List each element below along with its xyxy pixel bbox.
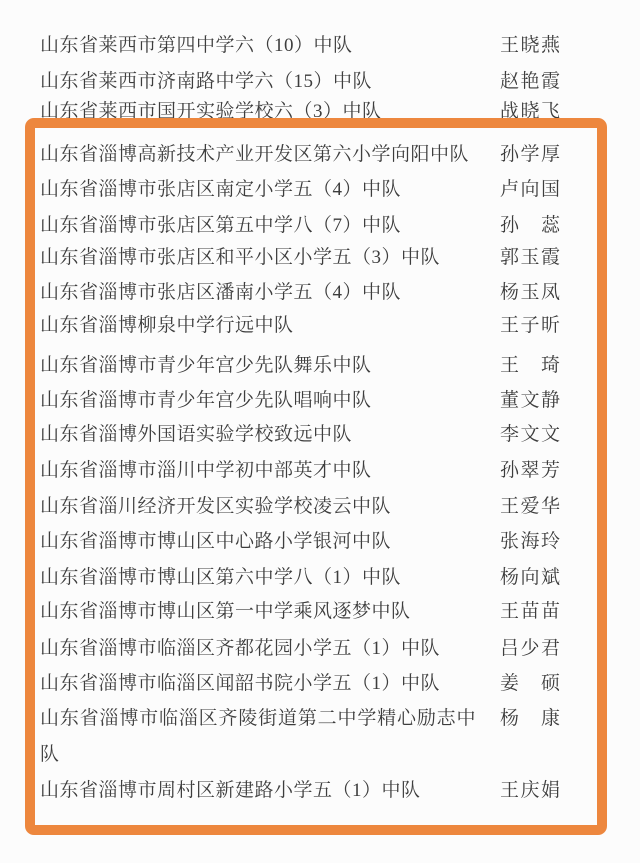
teacher-name: 吕少君: [500, 631, 620, 667]
unit-name: 山东省淄博市张店区南定小学五（4）中队: [40, 172, 476, 208]
unit-name: 山东省淄博市淄川中学初中部英才中队: [40, 453, 476, 489]
unit-name: 山东省莱西市第四中学六（10）中队: [40, 28, 476, 64]
list-row: 山东省淄博市张店区南定小学五（4）中队 卢向国: [0, 172, 640, 208]
unit-name: 山东省淄博市青少年宫少先队唱响中队: [40, 383, 476, 419]
unit-name: 山东省淄博市博山区第六中学八（1）中队: [40, 560, 476, 596]
unit-name: 山东省淄博市张店区潘南小学五（4）中队: [40, 275, 476, 311]
document-page: 山东省莱西市第四中学六（10）中队 王晓燕 山东省莱西市济南路中学六（15）中队…: [0, 0, 640, 863]
teacher-name: 李文文: [500, 417, 620, 453]
unit-name: 山东省淄博市张店区第五中学八（7）中队: [40, 208, 476, 244]
teacher-name: 孙学厚: [500, 137, 620, 173]
list-row: 山东省淄博高新技术产业开发区第六小学向阳中队 孙学厚: [0, 137, 640, 173]
list-row: 山东省莱西市国开实验学校六（3）中队 战晓飞: [0, 94, 640, 130]
list-row: 山东省淄博市博山区中心路小学银河中队 张海玲: [0, 524, 640, 560]
unit-name: 山东省淄博市青少年宫少先队舞乐中队: [40, 348, 476, 384]
list-row: 山东省淄博市临淄区齐陵街道第二中学精心励志中队 杨 康: [0, 701, 640, 737]
list-row: 山东省淄博市青少年宫少先队舞乐中队 王 琦: [0, 348, 640, 384]
unit-name: 山东省淄川经济开发区实验学校凌云中队: [40, 489, 476, 525]
list-row: 山东省淄博市周村区新建路小学五（1）中队 王庆娟: [0, 773, 640, 809]
list-row: 山东省淄博柳泉中学行远中队 王子昕: [0, 308, 640, 344]
teacher-name: 张海玲: [500, 524, 620, 560]
list-row: 山东省淄博市青少年宫少先队唱响中队 董文静: [0, 383, 640, 419]
unit-name: 山东省淄博市博山区第一中学乘风逐梦中队: [40, 594, 476, 630]
unit-name: 山东省淄博市临淄区齐都花园小学五（1）中队: [40, 631, 476, 667]
teacher-name: 王庆娟: [500, 773, 620, 809]
list-row: 山东省淄博市张店区潘南小学五（4）中队 杨玉凤: [0, 275, 640, 311]
teacher-name: 杨玉凤: [500, 275, 620, 311]
teacher-name: 杨向斌: [500, 560, 620, 596]
teacher-name: 王苗苗: [500, 594, 620, 630]
list-row: 山东省淄博市博山区第六中学八（1）中队 杨向斌: [0, 560, 640, 596]
list-row: 山东省淄博市淄川中学初中部英才中队 孙翠芳: [0, 453, 640, 489]
list-row: 山东省淄博市临淄区齐都花园小学五（1）中队 吕少君: [0, 631, 640, 667]
teacher-name: 王子昕: [500, 308, 620, 344]
unit-name: 山东省淄博柳泉中学行远中队: [40, 308, 476, 344]
list-row: 山东省淄博市临淄区闻韶书院小学五（1）中队 姜 硕: [0, 666, 640, 702]
list-row: 山东省淄川经济开发区实验学校凌云中队 王爱华: [0, 489, 640, 525]
unit-name: 山东省淄博市临淄区齐陵街道第二中学精心励志中队: [40, 701, 476, 773]
unit-name: 山东省莱西市国开实验学校六（3）中队: [40, 94, 476, 130]
unit-name: 山东省淄博市周村区新建路小学五（1）中队: [40, 773, 476, 809]
list-row: 山东省淄博外国语实验学校致远中队 李文文: [0, 417, 640, 453]
teacher-name: 卢向国: [500, 172, 620, 208]
unit-name: 山东省淄博市张店区和平小区小学五（3）中队: [40, 240, 476, 276]
teacher-name: 王爱华: [500, 489, 620, 525]
list-row: 山东省淄博市博山区第一中学乘风逐梦中队 王苗苗: [0, 594, 640, 630]
list-row: 山东省莱西市第四中学六（10）中队 王晓燕: [0, 28, 640, 64]
teacher-name: 战晓飞: [500, 94, 620, 130]
list-row: 山东省淄博市张店区和平小区小学五（3）中队 郭玉霞: [0, 240, 640, 276]
unit-name: 山东省淄博市博山区中心路小学银河中队: [40, 524, 476, 560]
unit-name: 山东省淄博外国语实验学校致远中队: [40, 417, 476, 453]
teacher-name: 孙 蕊: [500, 208, 620, 244]
teacher-name: 董文静: [500, 383, 620, 419]
teacher-name: 王 琦: [500, 348, 620, 384]
teacher-name: 孙翠芳: [500, 453, 620, 489]
unit-name: 山东省淄博市临淄区闻韶书院小学五（1）中队: [40, 666, 476, 702]
unit-name: 山东省淄博高新技术产业开发区第六小学向阳中队: [40, 137, 476, 173]
teacher-name: 姜 硕: [500, 666, 620, 702]
list-row: 山东省淄博市张店区第五中学八（7）中队 孙 蕊: [0, 208, 640, 244]
teacher-name: 郭玉霞: [500, 240, 620, 276]
teacher-name: 杨 康: [500, 701, 620, 737]
teacher-name: 王晓燕: [500, 28, 620, 64]
